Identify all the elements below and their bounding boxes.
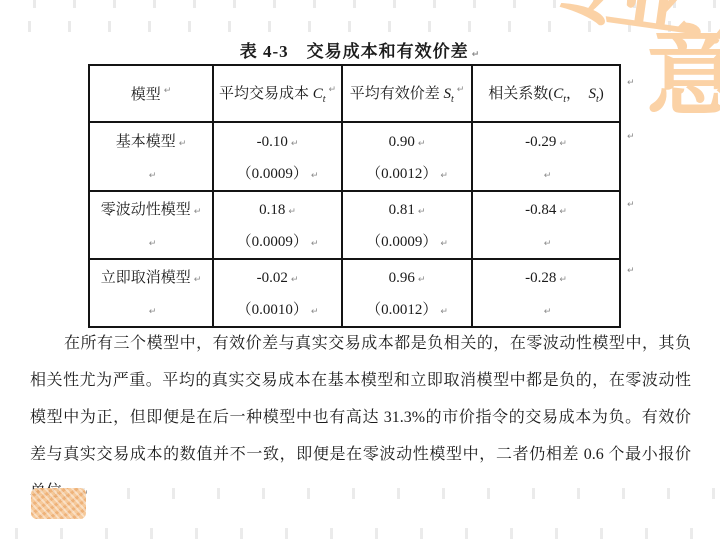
return-mark-icon: ↵ [311,307,319,317]
spread-stderr: （0.0012） [366,302,437,318]
return-mark-icon: ↵ [472,50,481,60]
cost-stderr: （0.0010） [237,302,308,318]
cell-spread: 0.81↵ （0.0009）↵ [342,191,472,259]
return-mark-icon: ↵ [418,275,426,285]
return-mark-icon: ↵ [559,275,567,285]
paragraph-line: 模型中为正，但即便是在后一种模型中也有高达 31.3%的市价指令的交易成本为负。… [30,399,691,436]
variable-subscript: t [451,94,454,105]
model-name: 立即取消模型 [101,270,191,286]
model-name: 基本模型 [116,134,176,150]
paragraph-line: 单位。↵ [30,473,691,510]
seal-stamp [31,488,86,519]
header-label: 相关系数( [488,86,553,102]
return-mark-icon: ↵ [311,171,319,181]
return-mark-icon: ↵ [457,85,465,95]
correlation-value: -0.29 [525,134,556,150]
return-mark-icon: ↵ [164,86,172,96]
spread-stderr: （0.0009） [366,234,437,250]
model-name: 零波动性模型 [101,202,191,218]
cell-correlation: -0.29↵ ↵ [472,122,620,191]
table-row: 零波动性模型↵ ↵ 0.18↵ （0.0009）↵ 0.81↵ （0.0009）… [89,191,620,259]
body-paragraph: 在所有三个模型中，有效价差与真实交易成本都是负相关的，在零波动性模型中，其负 相… [30,325,691,510]
table-caption-text: 表 4-3 交易成本和有效价差 [240,42,469,61]
spread-value: 0.96 [389,270,415,286]
cell-cost: -0.02↵ （0.0010）↵ [213,259,342,327]
return-mark-icon: ↵ [440,239,448,249]
cost-stderr: （0.0009） [237,166,308,182]
return-mark-icon: ↵ [149,239,157,249]
return-mark-icon: ↵ [291,139,299,149]
return-mark-icon: ↵ [194,207,202,217]
paragraph-line: 在所有三个模型中，有效价差与真实交易成本都是负相关的，在零波动性模型中，其负 [30,325,691,362]
return-mark-icon: ↵ [544,239,552,249]
cell-cost: -0.10↵ （0.0009）↵ [213,122,342,191]
return-mark-icon: ↵ [440,171,448,181]
variable-symbol: S [589,86,597,102]
cell-correlation: -0.28↵ ↵ [472,259,620,327]
variable-symbol: C [553,86,563,102]
header-cell-correlation: 相关系数(Ct， St) [472,65,620,122]
return-mark-icon: ↵ [544,171,552,181]
return-mark-icon: ↵ [559,139,567,149]
return-mark-icon: ↵ [418,139,426,149]
cost-value: 0.18 [259,202,285,218]
return-mark-icon: ↵ [627,132,635,142]
correlation-value: -0.28 [525,270,556,286]
return-mark-icon: ↵ [288,207,296,217]
return-mark-icon: ↵ [149,171,157,181]
return-mark-icon: ↵ [291,275,299,285]
return-mark-icon: ↵ [627,78,635,88]
spread-value: 0.90 [389,134,415,150]
return-mark-icon: ↵ [559,207,567,217]
separator: ， [566,86,589,102]
cell-model-name: 立即取消模型↵ ↵ [89,259,213,327]
table-caption: 表 4-3 交易成本和有效价差↵ [0,37,720,62]
cost-value: -0.10 [257,134,288,150]
cell-spread: 0.96↵ （0.0012）↵ [342,259,472,327]
return-mark-icon: ↵ [179,139,187,149]
cell-cost: 0.18↵ （0.0009）↵ [213,191,342,259]
background-dash-row [0,528,720,539]
header-cell-model: 模型↵ [89,65,213,122]
table-row: 基本模型↵ ↵ -0.10↵ （0.0009）↵ 0.90↵ （0.0012）↵… [89,122,620,191]
header-label: 平均有效价差 [350,86,444,102]
cell-model-name: 基本模型↵ ↵ [89,122,213,191]
return-mark-icon: ↵ [149,307,157,317]
return-mark-icon: ↵ [329,85,337,95]
data-table: 模型↵ 平均交易成本 Ct↵ 平均有效价差 St↵ 相关系数(Ct， St) 基… [88,64,621,328]
spread-value: 0.81 [389,202,415,218]
table-row: 立即取消模型↵ ↵ -0.02↵ （0.0010）↵ 0.96↵ （0.0012… [89,259,620,327]
return-mark-icon: ↵ [627,266,635,276]
variable-symbol: C [313,86,323,102]
variable-symbol: S [443,86,451,102]
correlation-value: -0.84 [525,202,556,218]
return-mark-icon: ↵ [194,275,202,285]
header-label: 平均交易成本 [219,86,313,102]
return-mark-icon: ↵ [440,307,448,317]
return-mark-icon: ↵ [627,200,635,210]
return-mark-icon: ↵ [418,207,426,217]
document-page: 专 业 意 表 4-3 交易成本和有效价差↵ 模型↵ 平均交易成本 Ct↵ 平均… [0,0,720,540]
return-mark-icon: ↵ [311,239,319,249]
table-header-row: 模型↵ 平均交易成本 Ct↵ 平均有效价差 St↵ 相关系数(Ct， St) [89,65,620,122]
header-label: ) [599,86,604,102]
spread-stderr: （0.0012） [366,166,437,182]
cell-model-name: 零波动性模型↵ ↵ [89,191,213,259]
cell-spread: 0.90↵ （0.0012）↵ [342,122,472,191]
cell-correlation: -0.84↵ ↵ [472,191,620,259]
header-label: 模型 [131,87,161,103]
cost-stderr: （0.0009） [237,234,308,250]
paragraph-line: 差与真实交易成本的数值并不一致，即便是在零波动性模型中，二者仍相差 0.6 个最… [30,436,691,473]
cost-value: -0.02 [257,270,288,286]
variable-subscript: t [323,94,326,105]
paragraph-line: 相关性尤为严重。平均的真实交易成本在基本模型和立即取消模型中都是负的，在零波动性 [30,362,691,399]
header-cell-avg-cost: 平均交易成本 Ct↵ [213,65,342,122]
header-cell-avg-spread: 平均有效价差 St↵ [342,65,472,122]
return-mark-icon: ↵ [544,307,552,317]
